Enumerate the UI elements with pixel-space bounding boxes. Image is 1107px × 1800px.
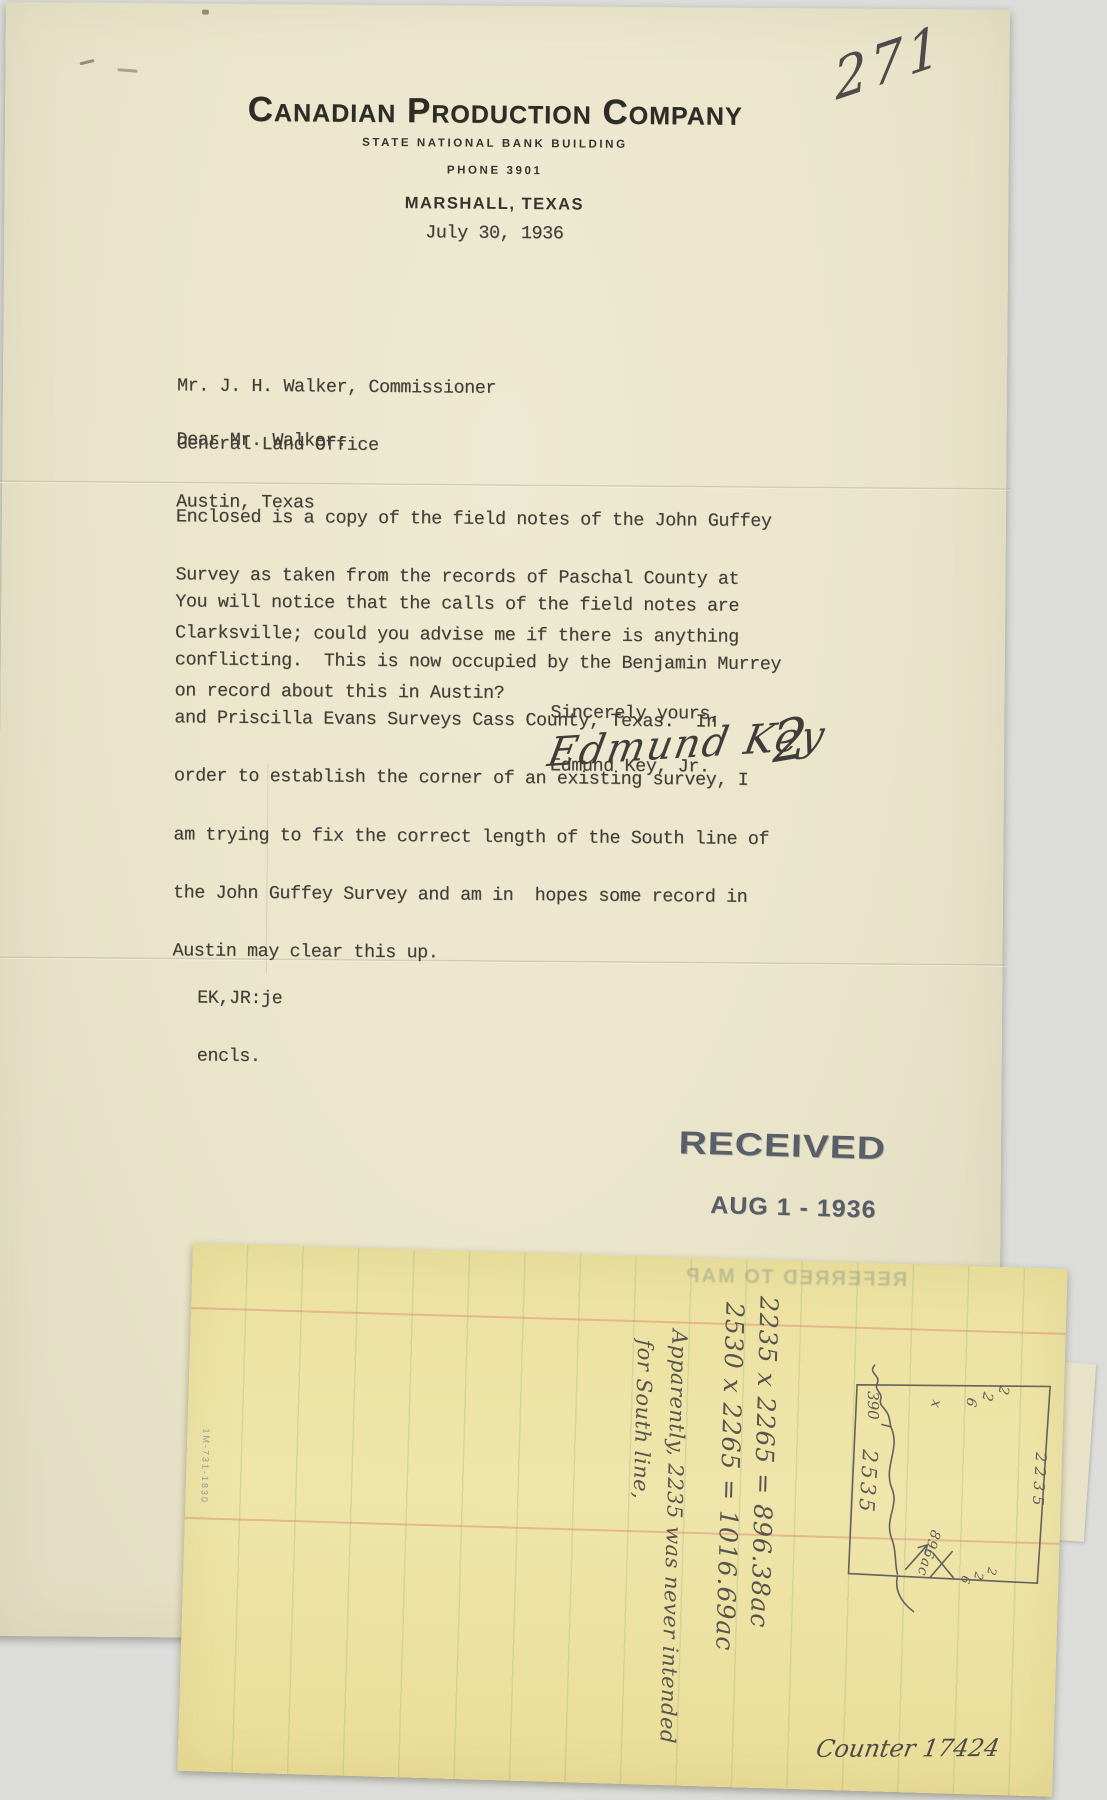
- pencil-dash: [79, 59, 94, 65]
- west-wavy-line: [886, 1427, 902, 1574]
- tail-curve: [896, 1576, 915, 1612]
- body-line: am trying to fix the correct length of t…: [173, 825, 779, 849]
- west-line-label: 2535: [854, 1448, 882, 1516]
- paper-speck: [202, 10, 209, 15]
- recipient-line: Mr. J. H. Walker, Commissioner: [177, 376, 496, 398]
- north-label-glyph: 2: [994, 1383, 1012, 1396]
- company-city: MARSHALL, TEXAS: [194, 192, 794, 216]
- letterhead: Canadian Production Company STATE NATION…: [196, 3, 796, 8]
- body-line: the John Guffey Survey and am in hopes s…: [173, 883, 779, 907]
- ledger-rule: [191, 1307, 1066, 1334]
- sketch-labels: 390 2535 2235 2 2 6 x 896ac 2 2 6: [852, 1379, 1052, 1587]
- paragraph-2: You will notice that the calls of the fi…: [172, 553, 782, 1004]
- arrow-head: [882, 1418, 891, 1427]
- company-name: Canadian Production Company: [195, 89, 795, 134]
- arrow-distance-label: 390: [864, 1391, 882, 1420]
- counter-number: Counter 17424: [814, 1734, 1002, 1763]
- letter-date: July 30, 1936: [425, 223, 563, 243]
- signature-typed: Edmund Key, Jr.: [550, 756, 710, 777]
- body-line: Enclosed is a copy of the field notes of…: [176, 507, 772, 531]
- reference-initials: EK,JR:je: [197, 988, 282, 1008]
- received-stamp: RECEIVED: [678, 1125, 886, 1167]
- body-line: conflicting. This is now occupied by the…: [175, 650, 781, 674]
- page-number-pencil: 271: [832, 12, 946, 113]
- salutation: Dear Mr. Walker:: [176, 430, 346, 451]
- form-number: 1M-731-1830: [199, 1428, 211, 1504]
- remark-line-1: Apparently, 2235 was never intended: [656, 1329, 689, 1744]
- pencil-dash: [117, 68, 137, 73]
- yellow-note: REFERRED TO MAP 2235 x 2265 = 896.38ac 2…: [177, 1243, 1067, 1797]
- calc-line-2: 2530 x 2265 = 1016.69ac: [712, 1302, 747, 1652]
- north-label-glyph: 6: [962, 1396, 979, 1408]
- body-line: You will notice that the calls of the fi…: [175, 592, 781, 616]
- remark-line-2: for South line,: [630, 1339, 656, 1499]
- received-date-stamp: AUG 1 - 1936: [710, 1192, 877, 1225]
- north-label-glyph: 2: [978, 1390, 996, 1403]
- north-label-glyph: x: [927, 1398, 944, 1409]
- east-line-label: 2235: [1028, 1451, 1050, 1511]
- signature-flourish: 2: [772, 705, 808, 777]
- enclosure-note: encls.: [197, 1047, 282, 1067]
- company-address: STATE NATIONAL BANK BUILDING: [195, 135, 795, 152]
- area-label: 896ac: [913, 1528, 943, 1579]
- calc-line-1: 2235 x 2265 = 896.38ac: [747, 1296, 782, 1629]
- scan-background: 271 Canadian Production Company STATE NA…: [0, 0, 1107, 1800]
- referred-to-map-stamp: REFERRED TO MAP: [684, 1265, 907, 1292]
- south-label-glyph: 6: [958, 1574, 973, 1585]
- survey-sketch: 390 2535 2235 2 2 6 x 896ac 2 2 6: [824, 1350, 1068, 1657]
- company-phone: PHONE 3901: [195, 162, 795, 179]
- reference-block: EK,JR:je encls.: [196, 950, 282, 1106]
